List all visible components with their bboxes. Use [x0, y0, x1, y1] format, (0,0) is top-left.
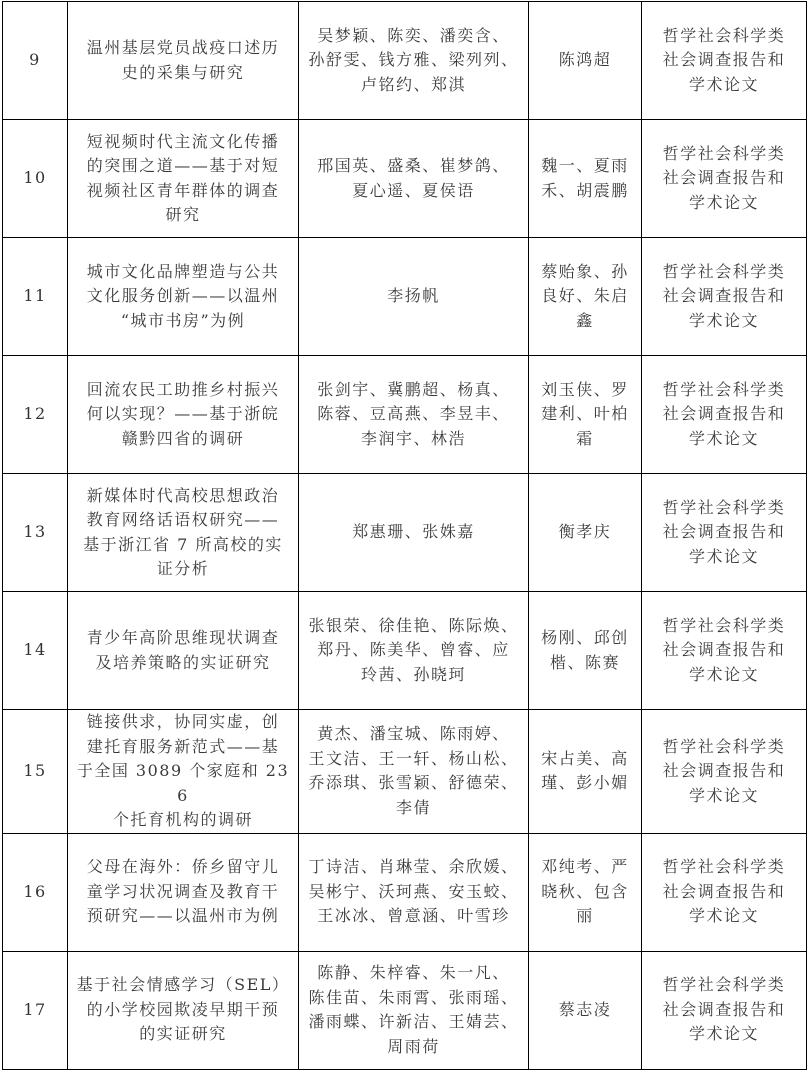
cell-text-line: 社会调查报告和 [646, 284, 802, 309]
table-body: 9 温州基层党员战疫口述历史的采集与研究 吴梦颖、陈奕、潘奕含、孙舒雯、钱方雅、… [3, 2, 807, 1070]
cell-text-line: 哲学社会科学类 [646, 24, 802, 49]
cell-text-line: 的小学校园欺凌早期干预 [72, 998, 294, 1023]
project-number-text: 10 [23, 168, 46, 187]
project-title: 基于社会情感学习（SEL）的小学校园欺凌早期干预的实证研究 [68, 951, 299, 1069]
project-title: 链接供求，协同实虚，创建托育服务新范式——基于全国 3089 个家庭和 236个… [68, 710, 299, 834]
cell-text-line: 蔡志凌 [533, 998, 637, 1023]
project-title: 短视频时代主流文化传播的突围之道——基于对短视频社区青年群体的调查研究 [68, 120, 299, 238]
project-number-text: 9 [29, 50, 41, 69]
cell-text-line: 赣黔四省的调研 [72, 427, 294, 452]
project-number: 12 [3, 356, 68, 474]
cell-text-line: 何以实现？——基于浙皖 [72, 402, 294, 427]
project-title: 新媒体时代高校思想政治教育网络话语权研究——基于浙江省 7 所高校的实证分析 [68, 474, 299, 592]
project-number-text: 17 [23, 1000, 46, 1019]
team-members: 张剑宇、冀鹏超、杨真、陈蓉、豆高燕、李昱丰、李润宇、林浩 [299, 356, 529, 474]
cell-text-line: 李倩 [303, 796, 524, 821]
cell-text-line: 王文洁、王一轩、杨山松、 [303, 747, 524, 772]
cell-text-line: 基于社会情感学习（SEL） [72, 973, 294, 998]
project-category: 哲学社会科学类社会调查报告和学术论文 [642, 710, 807, 834]
project-category: 哲学社会科学类社会调查报告和学术论文 [642, 474, 807, 592]
cell-text-line: 社会调查报告和 [646, 998, 802, 1023]
cell-text-line: 学术论文 [646, 309, 802, 334]
cell-text-line: 学术论文 [646, 427, 802, 452]
cell-text-line: 陈佳苗、朱雨霄、张雨瑶、 [303, 986, 524, 1011]
cell-text-line: 回流农民工助推乡村振兴 [72, 378, 294, 403]
project-number: 17 [3, 951, 68, 1069]
project-number-text: 13 [23, 522, 46, 541]
cell-text-line: 丁诗洁、肖琳莹、余欣媛、 [303, 855, 524, 880]
cell-text-line: 社会调查报告和 [646, 48, 802, 73]
cell-text-line: 张银荣、徐佳艳、陈际焕、 [303, 614, 524, 639]
project-number-text: 11 [23, 286, 46, 305]
table-row: 11 城市文化品牌塑造与公共文化服务创新——以温州“城市书房”为例 李扬帆 蔡贻… [3, 238, 807, 356]
cell-text-line: 良好、朱启 [533, 284, 637, 309]
cell-text-line: 研究 [72, 203, 294, 228]
cell-text-line: 学术论文 [646, 545, 802, 570]
cell-text-line: 孙舒雯、钱方雅、梁列列、 [303, 48, 524, 73]
project-number: 15 [3, 710, 68, 834]
table-row: 9 温州基层党员战疫口述历史的采集与研究 吴梦颖、陈奕、潘奕含、孙舒雯、钱方雅、… [3, 2, 807, 120]
cell-text-line: 晓秋、包含 [533, 880, 637, 905]
project-number-text: 12 [23, 404, 46, 423]
project-number: 10 [3, 120, 68, 238]
cell-text-line: 温州基层党员战疫口述历 [72, 36, 294, 61]
cell-text-line: 基于浙江省 7 所高校的实 [72, 533, 294, 558]
cell-text-line: 青少年高阶思维现状调查 [72, 626, 294, 651]
cell-text-line: 陈鸿超 [533, 48, 637, 73]
cell-text-line: 教育网络话语权研究—— [72, 508, 294, 533]
cell-text-line: 学术论文 [646, 784, 802, 809]
award-projects-table: 9 温州基层党员战疫口述历史的采集与研究 吴梦颖、陈奕、潘奕含、孙舒雯、钱方雅、… [2, 1, 807, 1070]
cell-text-line: 陈静、朱梓睿、朱一凡、 [303, 961, 524, 986]
advisor: 衡孝庆 [529, 474, 642, 592]
cell-text-line: 文化服务创新——以温州 [72, 284, 294, 309]
table-row: 14 青少年高阶思维现状调查及培养策略的实证研究 张银荣、徐佳艳、陈际焕、郑丹、… [3, 592, 807, 710]
cell-text-line: 吴梦颖、陈奕、潘奕含、 [303, 24, 524, 49]
team-members: 郑惠珊、张姝嘉 [299, 474, 529, 592]
cell-text-line: 建托育服务新范式——基 [72, 735, 294, 760]
cell-text-line: 丽 [533, 904, 637, 929]
cell-text-line: 鑫 [533, 309, 637, 334]
cell-text-line: 社会调查报告和 [646, 638, 802, 663]
cell-text-line: 哲学社会科学类 [646, 614, 802, 639]
project-number: 14 [3, 592, 68, 710]
cell-text-line: 及培养策略的实证研究 [72, 651, 294, 676]
cell-text-line: 王冰冰、曾意涵、叶雪珍 [303, 904, 524, 929]
cell-text-line: 宋占美、高 [533, 747, 637, 772]
cell-text-line: 社会调查报告和 [646, 880, 802, 905]
cell-text-line: 瑾、彭小媚 [533, 771, 637, 796]
cell-text-line: 学术论文 [646, 1022, 802, 1047]
cell-text-line: 社会调查报告和 [646, 402, 802, 427]
cell-text-line: 史的采集与研究 [72, 61, 294, 86]
project-number: 11 [3, 238, 68, 356]
project-number: 13 [3, 474, 68, 592]
cell-text-line: 李润宇、林浩 [303, 427, 524, 452]
project-category: 哲学社会科学类社会调查报告和学术论文 [642, 356, 807, 474]
table-row: 16 父母在海外：侨乡留守儿童学习状况调查及教育干预研究——以温州市为例 丁诗洁… [3, 833, 807, 951]
project-title: 父母在海外：侨乡留守儿童学习状况调查及教育干预研究——以温州市为例 [68, 833, 299, 951]
cell-text-line: 黄杰、潘宝城、陈雨婷、 [303, 722, 524, 747]
cell-text-line: 玲茜、孙晓珂 [303, 663, 524, 688]
team-members: 吴梦颖、陈奕、潘奕含、孙舒雯、钱方雅、梁列列、卢铭约、郑淇 [299, 2, 529, 120]
cell-text-line: 学术论文 [646, 904, 802, 929]
project-category: 哲学社会科学类社会调查报告和学术论文 [642, 120, 807, 238]
cell-text-line: 链接供求，协同实虚，创 [72, 710, 294, 735]
cell-text-line: 的突围之道——基于对短 [72, 154, 294, 179]
project-title: 青少年高阶思维现状调查及培养策略的实证研究 [68, 592, 299, 710]
cell-text-line: 哲学社会科学类 [646, 142, 802, 167]
cell-text-line: 乔添琪、张雪颖、舒德荣、 [303, 771, 524, 796]
project-category: 哲学社会科学类社会调查报告和学术论文 [642, 238, 807, 356]
cell-text-line: 个托育机构的调研 [72, 808, 294, 833]
cell-text-line: 邢国英、盛桑、崔梦鸽、 [303, 154, 524, 179]
cell-text-line: 哲学社会科学类 [646, 260, 802, 285]
cell-text-line: 蔡贻象、孙 [533, 260, 637, 285]
project-category: 哲学社会科学类社会调查报告和学术论文 [642, 2, 807, 120]
advisor: 魏一、夏雨禾、胡震鹏 [529, 120, 642, 238]
cell-text-line: “城市书房”为例 [72, 309, 294, 334]
cell-text-line: 周雨荷 [303, 1035, 524, 1060]
cell-text-line: 魏一、夏雨 [533, 154, 637, 179]
project-number: 16 [3, 833, 68, 951]
advisor: 刘玉侠、罗建利、叶柏霜 [529, 356, 642, 474]
project-title: 回流农民工助推乡村振兴何以实现？——基于浙皖赣黔四省的调研 [68, 356, 299, 474]
cell-text-line: 衡孝庆 [533, 520, 637, 545]
cell-text-line: 陈蓉、豆高燕、李昱丰、 [303, 402, 524, 427]
table-row: 13 新媒体时代高校思想政治教育网络话语权研究——基于浙江省 7 所高校的实证分… [3, 474, 807, 592]
cell-text-line: 楷、陈赛 [533, 651, 637, 676]
project-number: 9 [3, 2, 68, 120]
cell-text-line: 新媒体时代高校思想政治 [72, 484, 294, 509]
cell-text-line: 社会调查报告和 [646, 520, 802, 545]
cell-text-line: 吴彬宁、沃珂燕、安玉蛟、 [303, 880, 524, 905]
cell-text-line: 社会调查报告和 [646, 759, 802, 784]
project-number-text: 14 [23, 640, 46, 659]
team-members: 李扬帆 [299, 238, 529, 356]
team-members: 张银荣、徐佳艳、陈际焕、郑丹、陈美华、曾睿、应玲茜、孙晓珂 [299, 592, 529, 710]
table-row: 10 短视频时代主流文化传播的突围之道——基于对短视频社区青年群体的调查研究 邢… [3, 120, 807, 238]
cell-text-line: 学术论文 [646, 663, 802, 688]
document-page: 9 温州基层党员战疫口述历史的采集与研究 吴梦颖、陈奕、潘奕含、孙舒雯、钱方雅、… [0, 0, 807, 1080]
advisor: 陈鸿超 [529, 2, 642, 120]
cell-text-line: 学术论文 [646, 73, 802, 98]
cell-text-line: 郑惠珊、张姝嘉 [303, 520, 524, 545]
advisor: 杨刚、邱创楷、陈赛 [529, 592, 642, 710]
advisor: 邓纯考、严晓秋、包含丽 [529, 833, 642, 951]
cell-text-line: 童学习状况调查及教育干 [72, 880, 294, 905]
cell-text-line: 李扬帆 [303, 284, 524, 309]
cell-text-line: 哲学社会科学类 [646, 378, 802, 403]
cell-text-line: 社会调查报告和 [646, 166, 802, 191]
cell-text-line: 学术论文 [646, 191, 802, 216]
cell-text-line: 建利、叶柏 [533, 402, 637, 427]
project-category: 哲学社会科学类社会调查报告和学术论文 [642, 951, 807, 1069]
cell-text-line: 哲学社会科学类 [646, 855, 802, 880]
cell-text-line: 卢铭约、郑淇 [303, 73, 524, 98]
project-number-text: 16 [23, 882, 46, 901]
cell-text-line: 预研究——以温州市为例 [72, 904, 294, 929]
project-number-text: 15 [23, 761, 46, 780]
cell-text-line: 短视频时代主流文化传播 [72, 130, 294, 155]
advisor: 蔡贻象、孙良好、朱启鑫 [529, 238, 642, 356]
cell-text-line: 的实证研究 [72, 1022, 294, 1047]
cell-text-line: 夏心遥、夏侯语 [303, 179, 524, 204]
table-row: 12 回流农民工助推乡村振兴何以实现？——基于浙皖赣黔四省的调研 张剑宇、冀鹏超… [3, 356, 807, 474]
table-row: 15 链接供求，协同实虚，创建托育服务新范式——基于全国 3089 个家庭和 2… [3, 710, 807, 834]
cell-text-line: 哲学社会科学类 [646, 973, 802, 998]
advisor: 宋占美、高瑾、彭小媚 [529, 710, 642, 834]
project-category: 哲学社会科学类社会调查报告和学术论文 [642, 592, 807, 710]
team-members: 黄杰、潘宝城、陈雨婷、王文洁、王一轩、杨山松、乔添琪、张雪颖、舒德荣、李倩 [299, 710, 529, 834]
cell-text-line: 潘雨蝶、许新洁、王婧芸、 [303, 1010, 524, 1035]
project-title: 温州基层党员战疫口述历史的采集与研究 [68, 2, 299, 120]
table-row: 17 基于社会情感学习（SEL）的小学校园欺凌早期干预的实证研究 陈静、朱梓睿、… [3, 951, 807, 1069]
team-members: 丁诗洁、肖琳莹、余欣媛、吴彬宁、沃珂燕、安玉蛟、王冰冰、曾意涵、叶雪珍 [299, 833, 529, 951]
cell-text-line: 城市文化品牌塑造与公共 [72, 260, 294, 285]
project-title: 城市文化品牌塑造与公共文化服务创新——以温州“城市书房”为例 [68, 238, 299, 356]
cell-text-line: 禾、胡震鹏 [533, 179, 637, 204]
cell-text-line: 刘玉侠、罗 [533, 378, 637, 403]
team-members: 邢国英、盛桑、崔梦鸽、夏心遥、夏侯语 [299, 120, 529, 238]
cell-text-line: 于全国 3089 个家庭和 236 [72, 759, 294, 808]
cell-text-line: 视频社区青年群体的调查 [72, 179, 294, 204]
cell-text-line: 证分析 [72, 557, 294, 582]
cell-text-line: 哲学社会科学类 [646, 496, 802, 521]
cell-text-line: 哲学社会科学类 [646, 735, 802, 760]
cell-text-line: 张剑宇、冀鹏超、杨真、 [303, 378, 524, 403]
cell-text-line: 霜 [533, 427, 637, 452]
cell-text-line: 杨刚、邱创 [533, 626, 637, 651]
cell-text-line: 父母在海外：侨乡留守儿 [72, 855, 294, 880]
cell-text-line: 郑丹、陈美华、曾睿、应 [303, 638, 524, 663]
project-category: 哲学社会科学类社会调查报告和学术论文 [642, 833, 807, 951]
team-members: 陈静、朱梓睿、朱一凡、陈佳苗、朱雨霄、张雨瑶、潘雨蝶、许新洁、王婧芸、周雨荷 [299, 951, 529, 1069]
cell-text-line: 邓纯考、严 [533, 855, 637, 880]
advisor: 蔡志凌 [529, 951, 642, 1069]
